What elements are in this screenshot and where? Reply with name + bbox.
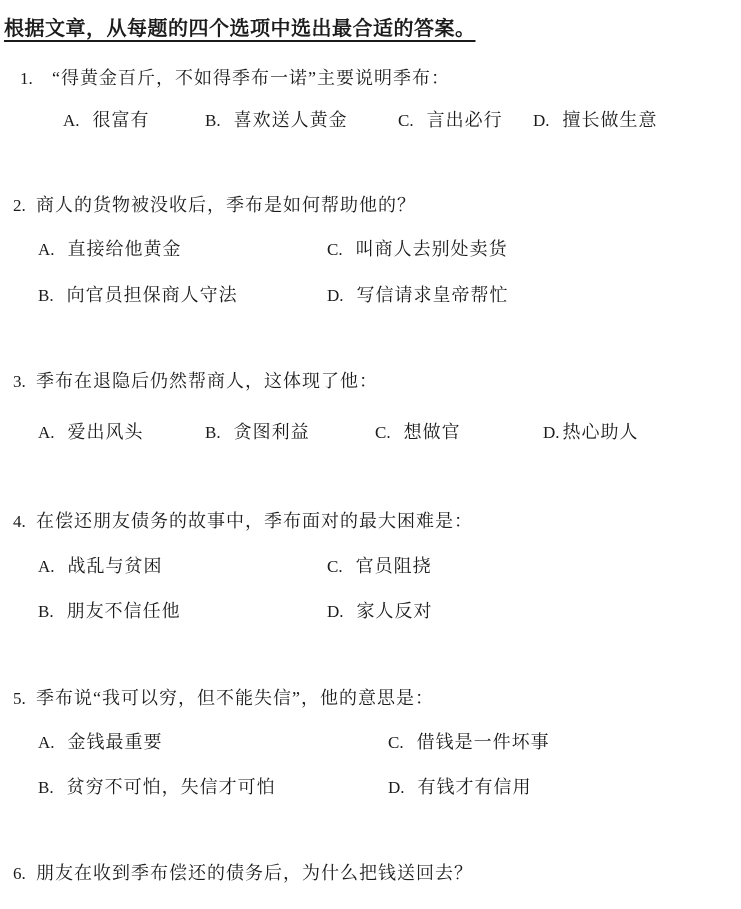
option-text: 官员阻挠 <box>356 555 432 578</box>
option-label: D. <box>533 110 550 131</box>
option-label: A. <box>38 732 55 753</box>
q2-option-d: D. 写信请求皇帝帮忙 <box>327 284 509 307</box>
option-text: 很富有 <box>93 109 150 132</box>
question-text: 朋友在收到季布偿还的债务后，为什么把钱送回去？ <box>36 862 473 885</box>
option-label: A. <box>38 556 55 577</box>
q4-option-b: B. 朋友不信任他 <box>38 600 181 623</box>
option-label: C. <box>375 422 391 443</box>
option-text: 战乱与贫困 <box>68 555 163 578</box>
question-text: 在偿还朋友债务的故事中，季布面对的最大困难是： <box>36 510 473 533</box>
instruction-heading: 根据文章，从每题的四个选项中选出最合适的答案。 <box>4 12 476 41</box>
question-number: 3. <box>13 371 26 392</box>
q1-option-d: D. 擅长做生意 <box>533 109 658 132</box>
question-number: 5. <box>13 688 26 709</box>
q2-option-b: B. 向官员担保商人守法 <box>38 284 238 307</box>
q5-option-b: B. 贫穷不可怕，失信才可怕 <box>38 776 276 799</box>
option-label: C. <box>398 110 414 131</box>
option-text: 想做官 <box>404 421 461 444</box>
option-label: A. <box>38 239 55 260</box>
option-label: C. <box>327 556 343 577</box>
q5-option-d: D. 有钱才有信用 <box>388 776 532 799</box>
q2-option-c: C. 叫商人去别处卖货 <box>327 238 508 261</box>
q4-option-c: C. 官员阻挠 <box>327 555 432 578</box>
q1-option-c: C. 言出必行 <box>398 109 503 132</box>
option-text: 言出必行 <box>427 109 503 132</box>
option-label: A. <box>63 110 80 131</box>
question-number: 1. <box>20 68 33 89</box>
option-text: 金钱最重要 <box>68 731 163 754</box>
option-label: B. <box>38 601 54 622</box>
question-text: “得黄金百斤，不如得季布一诺”主要说明季布： <box>52 67 450 90</box>
option-text: 写信请求皇帝帮忙 <box>357 284 509 307</box>
question-number: 2. <box>13 195 26 216</box>
q2-option-a: A. 直接给他黄金 <box>38 238 182 261</box>
option-label: D. <box>327 601 344 622</box>
option-label: B. <box>38 285 54 306</box>
option-text: 家人反对 <box>357 600 433 623</box>
q4-option-d: D. 家人反对 <box>327 600 433 623</box>
option-text: 贫穷不可怕，失信才可怕 <box>67 776 276 799</box>
option-label: D. <box>388 777 405 798</box>
option-text: 有钱才有信用 <box>418 776 532 799</box>
option-text: 爱出风头 <box>68 421 144 444</box>
q3-option-b: B. 贪图利益 <box>205 421 310 444</box>
option-text: 借钱是一件坏事 <box>417 731 550 754</box>
option-text: 向官员担保商人守法 <box>67 284 238 307</box>
option-text: 直接给他黄金 <box>68 238 182 261</box>
q1-option-a: A. 很富有 <box>63 109 150 132</box>
option-label: B. <box>205 422 221 443</box>
quiz-page: 根据文章，从每题的四个选项中选出最合适的答案。 1. “得黄金百斤，不如得季布一… <box>0 0 741 909</box>
option-text: 叫商人去别处卖货 <box>356 238 508 261</box>
option-label: C. <box>327 239 343 260</box>
option-text: 贪图利益 <box>234 421 310 444</box>
option-text: 朋友不信任他 <box>67 600 181 623</box>
option-label: B. <box>38 777 54 798</box>
q5-option-a: A. 金钱最重要 <box>38 731 163 754</box>
option-label: A. <box>38 422 55 443</box>
option-label: D. <box>543 422 560 443</box>
q1-option-b: B. 喜欢送人黄金 <box>205 109 348 132</box>
q4-option-a: A. 战乱与贫困 <box>38 555 163 578</box>
question-text: 季布在退隐后仍然帮商人，这体现了他： <box>36 370 378 393</box>
q3-option-a: A. 爱出风头 <box>38 421 144 444</box>
option-text: 擅长做生意 <box>563 109 658 132</box>
q5-option-c: C. 借钱是一件坏事 <box>388 731 550 754</box>
option-label: D. <box>327 285 344 306</box>
option-text: 热心助人 <box>563 421 639 444</box>
option-label: B. <box>205 110 221 131</box>
question-number: 6. <box>13 863 26 884</box>
option-text: 喜欢送人黄金 <box>234 109 348 132</box>
question-number: 4. <box>13 511 26 532</box>
q3-option-c: C. 想做官 <box>375 421 461 444</box>
question-text: 季布说“我可以穷，但不能失信”，他的意思是： <box>36 687 434 710</box>
q3-option-d: D. 热心助人 <box>543 421 639 444</box>
option-label: C. <box>388 732 404 753</box>
question-text: 商人的货物被没收后，季布是如何帮助他的？ <box>36 194 416 217</box>
